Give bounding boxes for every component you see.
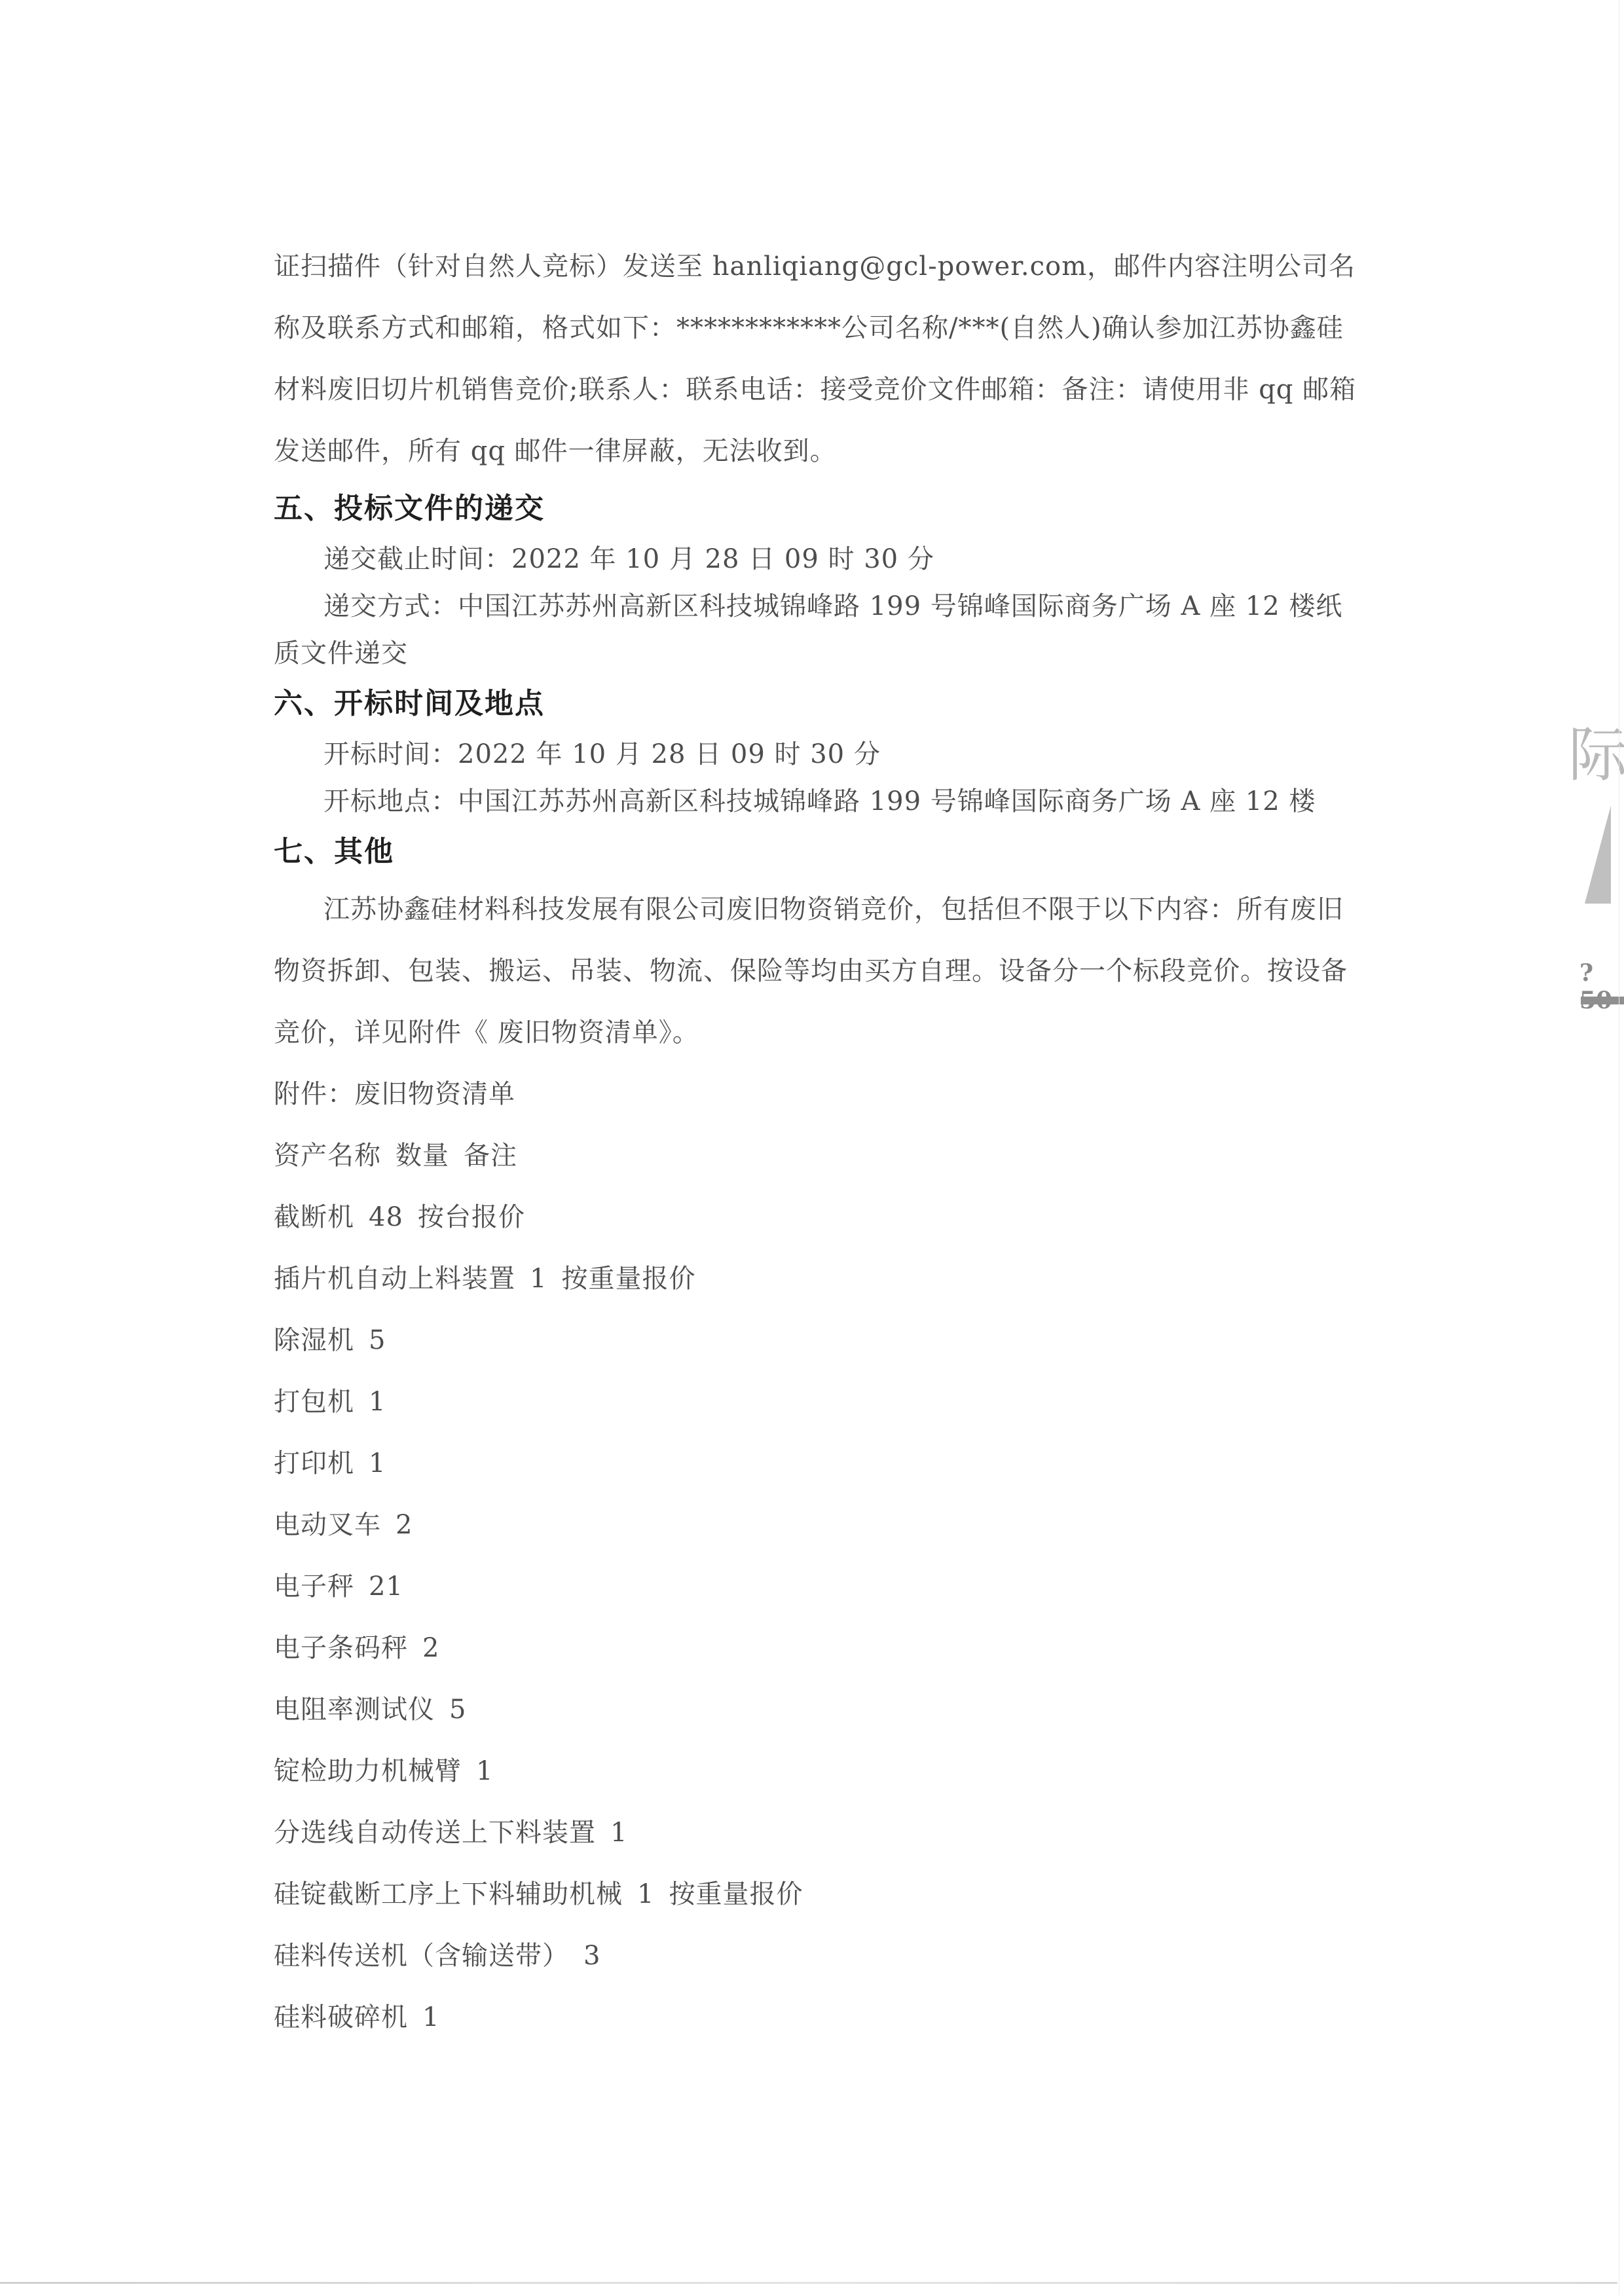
asset-list: 附件：废旧物资清单 资产名称数量备注 截断机48按台报价 插片机自动上料装置1按… [274,1063,1364,2048]
bid-opening-place: 开标地点：中国江苏苏州高新区科技城锦峰路 199 号锦峰国际商务广场 A 座 1… [274,778,1364,825]
list-item: 插片机自动上料装置1按重量报价 [274,1248,1364,1310]
list-item: 截断机48按台报价 [274,1186,1364,1248]
section-7-heading: 七、其他 [274,825,1364,879]
asset-name: 电阻率测试仪 [274,1695,435,1725]
asset-qty: 1 [369,1448,386,1478]
section-6-heading: 六、开标时间及地点 [274,677,1364,731]
list-item: 电动叉车2 [274,1494,1364,1556]
asset-qty: 2 [422,1633,439,1663]
attachment-title: 附件：废旧物资清单 [274,1063,1364,1125]
list-item: 打包机1 [274,1371,1364,1433]
seal-stamp-fragment-icon: 际 [1568,707,1624,792]
asset-qty: 3 [583,1941,600,1971]
asset-name: 硅料破碎机 [274,2002,408,2032]
asset-name: 锭检助力机械臂 [274,1756,462,1786]
asset-name: 除湿机 [274,1325,354,1355]
list-item: 硅料传送机（含输送带）3 [274,1925,1364,1987]
asset-name: 电子秤 [274,1571,354,1602]
asset-qty: 1 [637,1879,654,1909]
asset-name: 电子条码秤 [274,1633,408,1663]
asset-qty: 1 [610,1818,627,1848]
asset-name: 截断机 [274,1202,354,1232]
document-page: 证扫描件（针对自然人竞标）发送至 hanliqiang@gcl-power.co… [0,0,1624,2295]
asset-name: 分选线自动传送上下料装置 [274,1818,596,1848]
asset-name: 打印机 [274,1448,354,1478]
list-item: 锭检助力机械臂1 [274,1740,1364,1802]
list-item: 电子秤21 [274,1556,1364,1617]
bid-opening-time: 开标时间：2022 年 10 月 28 日 09 时 30 分 [274,731,1364,778]
list-item: 硅锭截断工序上下料辅助机械1按重量报价 [274,1864,1364,1925]
asset-note: 按重量报价 [669,1879,803,1909]
scan-edge-line [0,2282,1617,2284]
asset-qty: 1 [476,1756,493,1786]
email-instructions-paragraph: 证扫描件（针对自然人竞标）发送至 hanliqiang@gcl-power.co… [274,236,1364,482]
list-item: 打印机1 [274,1433,1364,1494]
asset-qty: 5 [369,1325,386,1355]
scan-edge-border [1619,0,1619,2295]
asset-qty: 48 [369,1202,403,1232]
asset-qty: 21 [369,1571,403,1602]
asset-qty: 2 [396,1510,413,1540]
seal-bar-fragment [1581,997,1624,1004]
seal-number-fragment: ?50 [1579,959,1624,1014]
column-quantity: 数量 [396,1141,449,1171]
asset-note: 按重量报价 [561,1264,695,1294]
column-remark: 备注 [464,1141,517,1171]
asset-name: 打包机 [274,1387,354,1417]
seal-star-fragment-icon [1585,805,1611,904]
document-body: 证扫描件（针对自然人竞标）发送至 hanliqiang@gcl-power.co… [274,236,1364,2048]
submission-deadline: 递交截止时间：2022 年 10 月 28 日 09 时 30 分 [274,536,1364,583]
asset-qty: 1 [530,1264,547,1294]
submission-method: 递交方式：中国江苏苏州高新区科技城锦峰路 199 号锦峰国际商务广场 A 座 1… [274,583,1364,677]
asset-note: 按台报价 [418,1202,525,1232]
asset-name: 硅锭截断工序上下料辅助机械 [274,1879,623,1909]
other-terms-paragraph: 江苏协鑫硅材料科技发展有限公司废旧物资销竞价，包括但不限于以下内容：所有废旧物资… [274,879,1364,1063]
asset-qty: 1 [369,1387,386,1417]
list-item: 电子条码秤2 [274,1617,1364,1679]
asset-name: 电动叉车 [274,1510,381,1540]
asset-name: 硅料传送机（含输送带） [274,1941,569,1971]
asset-qty: 1 [422,2002,439,2032]
asset-name: 插片机自动上料装置 [274,1264,515,1294]
list-item: 除湿机5 [274,1310,1364,1371]
asset-qty: 5 [449,1695,466,1725]
list-item: 电阻率测试仪5 [274,1679,1364,1740]
list-item: 硅料破碎机1 [274,1987,1364,2048]
asset-list-header: 资产名称数量备注 [274,1125,1364,1186]
list-item: 分选线自动传送上下料装置1 [274,1802,1364,1864]
section-5-heading: 五、投标文件的递交 [274,482,1364,536]
column-asset-name: 资产名称 [274,1141,381,1171]
